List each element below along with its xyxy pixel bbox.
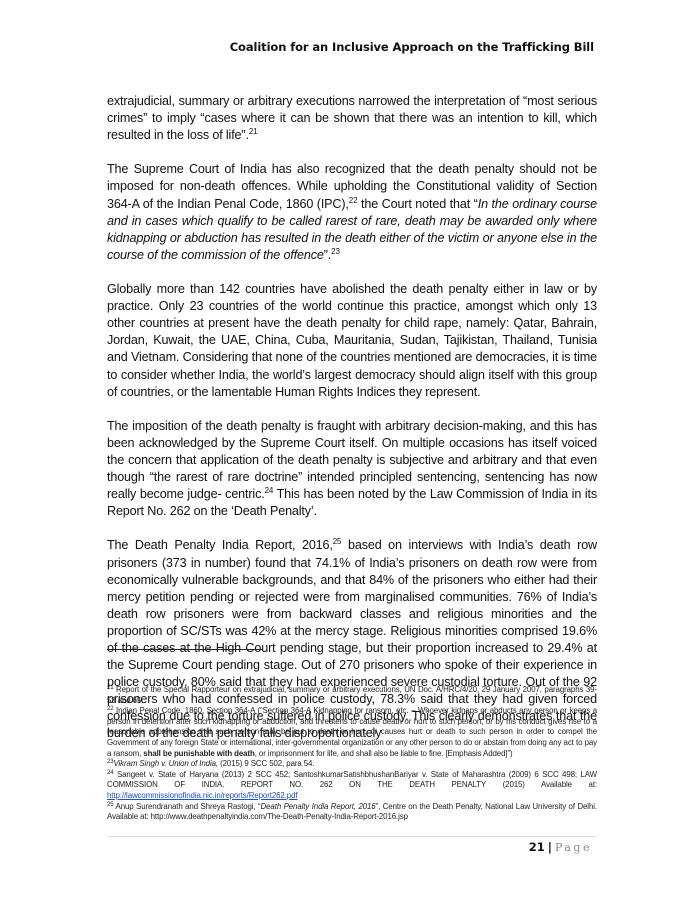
footnote-ref-24[interactable]: 24 <box>265 486 274 495</box>
footer-separator <box>107 836 597 837</box>
footnote-text: (2015) 9 SCC 502, para 54. <box>218 759 314 768</box>
paragraph-text: extrajudicial, summary or arbitrary exec… <box>107 94 597 142</box>
case-name: Vikram Singh v. Union of India, <box>113 759 218 768</box>
paragraph-text: the Court noted that “ <box>357 197 477 211</box>
law-commission-report-link[interactable]: http://lawcommissionofindia.nic.in/repor… <box>107 791 297 800</box>
paragraph-1: extrajudicial, summary or arbitrary exec… <box>107 93 597 144</box>
paragraph-2: The Supreme Court of India has also reco… <box>107 161 597 264</box>
paragraph-text: The Death Penalty India Report, 2016, <box>107 538 333 552</box>
footnote-text: Sangeet v. State of Haryana (2013) 2 SCC… <box>107 770 597 790</box>
paragraph-text: Globally more than 142 countries have ab… <box>107 282 597 399</box>
footnote-ref-21[interactable]: 21 <box>249 127 258 136</box>
footnote-22: 22 Indian Penal Code, 1860, Section 364-… <box>107 706 597 759</box>
footnote-ref-23[interactable]: 23 <box>331 247 340 256</box>
footnotes: 21 Report of the Special Rapporteur on e… <box>107 685 597 823</box>
page-number: 21|Page <box>529 840 592 854</box>
footnote-emphasis: shall be punishable with death <box>143 749 254 758</box>
footnote-21: 21 Report of the Special Rapporteur on e… <box>107 685 597 706</box>
footnote-separator <box>107 649 262 650</box>
page-label: Page <box>555 841 592 854</box>
footnote-text: Anup Surendranath and Shreya Rastogi, “ <box>113 802 260 811</box>
footnote-text: Report of the Special Rapporteur on extr… <box>107 685 597 705</box>
paragraph-4: The imposition of the death penalty is f… <box>107 418 597 521</box>
running-header-title: Coalition for an Inclusive Approach on t… <box>230 40 594 54</box>
footnote-23: 23Vikram Singh v. Union of India, (2015)… <box>107 759 597 770</box>
paragraph-3: Globally more than 142 countries have ab… <box>107 281 597 401</box>
page-number-value: 21 <box>529 840 545 854</box>
footnote-text: , or imprisonment for life, and shall al… <box>255 749 513 758</box>
report-title: Death Penalty India Report, 2016 <box>261 802 376 811</box>
body-text: extrajudicial, summary or arbitrary exec… <box>107 93 597 760</box>
page-separator: | <box>548 840 552 854</box>
footnote-24: 24 Sangeet v. State of Haryana (2013) 2 … <box>107 770 597 802</box>
footnote-25: 25 Anup Surendranath and Shreya Rastogi,… <box>107 802 597 823</box>
